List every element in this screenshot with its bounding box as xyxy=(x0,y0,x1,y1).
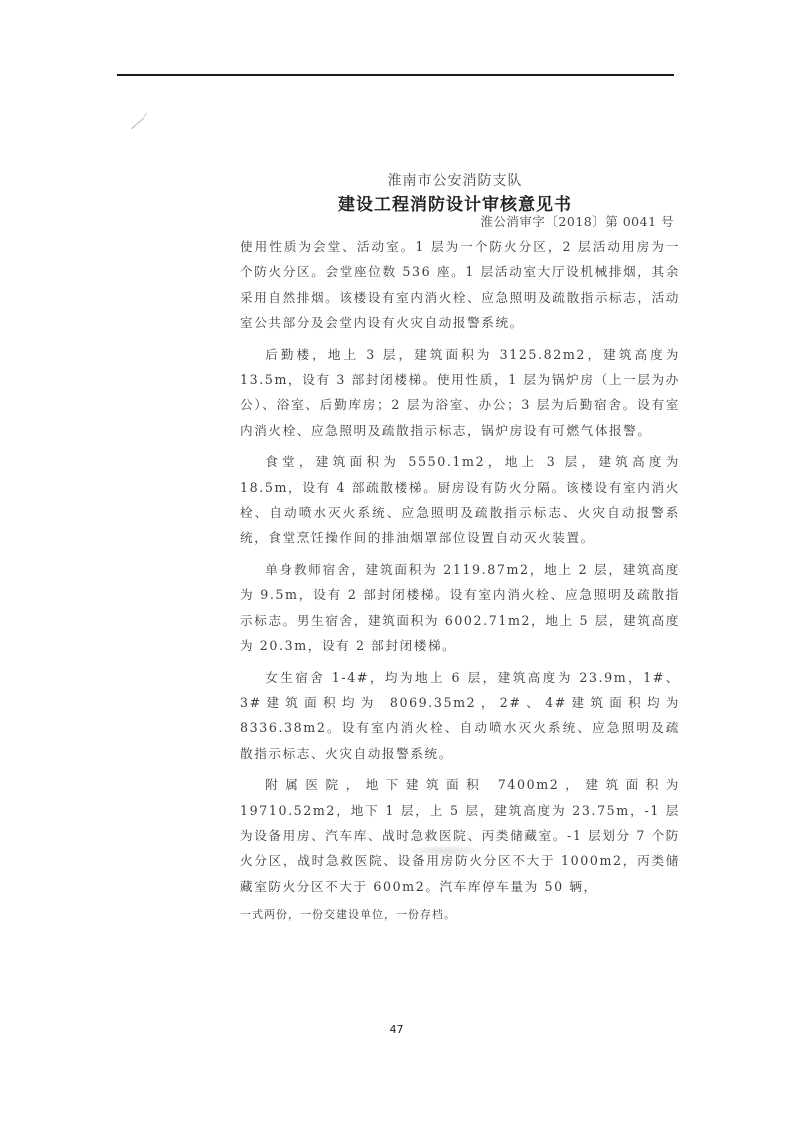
header-rule xyxy=(117,74,674,76)
scan-artifact-icon xyxy=(128,112,150,132)
paragraph-logistics-building: 后勤楼，地上 3 层，建筑面积为 3125.82m2，建筑高度为 13.5m，设… xyxy=(240,342,680,444)
page-number: 47 xyxy=(0,1023,793,1036)
paragraph-teacher-dormitory: 单身教师宿舍，建筑面积为 2119.87m2，地上 2 层，建筑高度为 9.5m… xyxy=(240,557,680,659)
paragraph-affiliated-hospital: 附属医院，地下建筑面积 7400m2，建筑面积为 19710.52m2，地下 1… xyxy=(240,772,680,899)
scanned-document: 淮南市公安消防支队 建设工程消防设计审核意见书 淮公消审字〔2018〕第 004… xyxy=(220,150,690,850)
document-number: 淮公消审字〔2018〕第 0041 号 xyxy=(480,212,674,230)
paragraph-female-dormitory: 女生宿舍 1-4#，均为地上 6 层，建筑高度为 23.9m，1#、3#建筑面积… xyxy=(240,665,680,767)
scan-smudge xyxy=(410,846,480,856)
document-body: 使用性质为会堂、活动室。1 层为一个防火分区，2 层活动用房为一个防火分区。会堂… xyxy=(240,234,680,928)
closing-note: 一式两份，一份交建设单位，一份存档。 xyxy=(240,902,680,927)
issuer-name: 淮南市公安消防支队 xyxy=(220,170,690,190)
paragraph-assembly-hall: 使用性质为会堂、活动室。1 层为一个防火分区，2 层活动用房为一个防火分区。会堂… xyxy=(240,234,680,336)
paragraph-canteen: 食堂，建筑面积为 5550.1m2，地上 3 层，建筑高度为 18.5m，设有 … xyxy=(240,449,680,551)
